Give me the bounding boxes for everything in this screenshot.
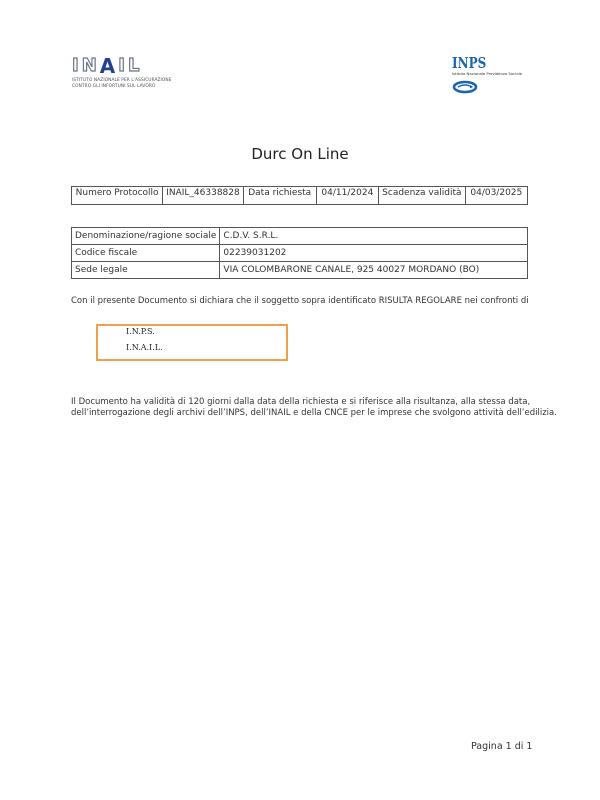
entities-box: I.N.P.S. I.N.A.I.L. bbox=[96, 324, 288, 361]
company-field-value: VIA COLOMBARONE CANALE, 925 40027 MORDAN… bbox=[220, 262, 528, 279]
protocol-table: Numero Protocollo INAIL_46338828 Data ri… bbox=[71, 186, 528, 205]
company-field-label: Denominazione/ragione sociale bbox=[72, 228, 220, 245]
table-row: Sede legale VIA COLOMBARONE CANALE, 925 … bbox=[72, 262, 528, 279]
inail-letter: I bbox=[72, 56, 80, 76]
entity-inps: I.N.P.S. bbox=[126, 327, 155, 336]
company-field-value: 02239031202 bbox=[220, 245, 528, 262]
declaration-text: Con il presente Documento si dichiara ch… bbox=[71, 296, 529, 306]
data-richiesta-label: Data richiesta bbox=[243, 187, 316, 205]
company-field-value: C.D.V. S.R.L. bbox=[220, 228, 528, 245]
data-richiesta-value: 04/11/2024 bbox=[316, 187, 378, 205]
numero-protocollo-value: INAIL_46338828 bbox=[163, 187, 244, 205]
table-row: Codice fiscale 02239031202 bbox=[72, 245, 528, 262]
inail-letter: L bbox=[128, 56, 140, 76]
entity-inail: I.N.A.I.L. bbox=[126, 343, 163, 352]
inail-subtitle-line2: CONTRO GLI INFORTUNI SUL LAVORO bbox=[72, 84, 192, 90]
inps-wordmark: INPS bbox=[452, 55, 524, 71]
validity-text: Il Documento ha validità di 120 giorni d… bbox=[71, 397, 557, 419]
scadenza-validita-value: 04/03/2025 bbox=[465, 187, 527, 205]
company-info-table: Denominazione/ragione sociale C.D.V. S.R… bbox=[71, 227, 528, 279]
inps-logo: INPS Istituto Nazionale Previdenza Socia… bbox=[452, 55, 542, 97]
inail-letter: I bbox=[118, 56, 126, 76]
inps-swirl-icon bbox=[452, 79, 542, 98]
inail-letter: A bbox=[100, 56, 116, 76]
inail-logo: I N A I L ISTITUTO NAZIONALE PER L'ASSIC… bbox=[72, 56, 192, 96]
protocol-row: Numero Protocollo INAIL_46338828 Data ri… bbox=[72, 187, 528, 205]
scadenza-validita-label: Scadenza validità bbox=[379, 187, 466, 205]
company-field-label: Codice fiscale bbox=[72, 245, 220, 262]
table-row: Denominazione/ragione sociale C.D.V. S.R… bbox=[72, 228, 528, 245]
inail-letter: N bbox=[82, 56, 98, 76]
validity-text-line1: Il Documento ha validità di 120 giorni d… bbox=[71, 397, 557, 408]
numero-protocollo-label: Numero Protocollo bbox=[72, 187, 163, 205]
inail-wordmark: I N A I L bbox=[72, 56, 192, 76]
inail-subtitle: ISTITUTO NAZIONALE PER L'ASSICURAZIONE C… bbox=[72, 78, 192, 89]
validity-text-line2: dell’interrogazione degli archivi dell’I… bbox=[71, 408, 557, 419]
document-title: Durc On Line bbox=[0, 145, 600, 163]
page-indicator: Pagina 1 di 1 bbox=[471, 741, 532, 752]
company-field-label: Sede legale bbox=[72, 262, 220, 279]
